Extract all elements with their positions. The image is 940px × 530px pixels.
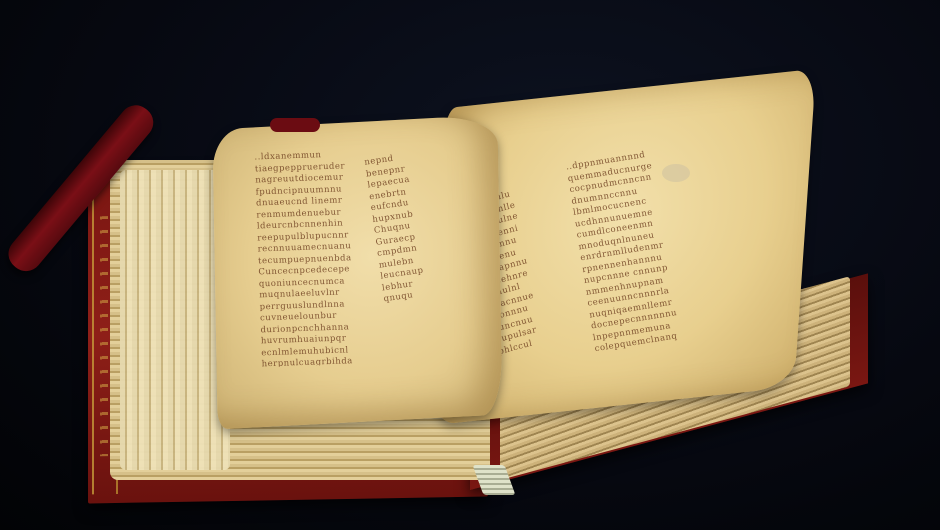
ribbon-bookmark-top (270, 118, 320, 132)
right-page-column-2: ..dppnmuannnnd quemmaducnurge cocpnudmcn… (565, 140, 740, 360)
manuscript-photo: ucumuupmlu mlmmnbcnlle mucnuqnulne uldou… (0, 0, 940, 530)
